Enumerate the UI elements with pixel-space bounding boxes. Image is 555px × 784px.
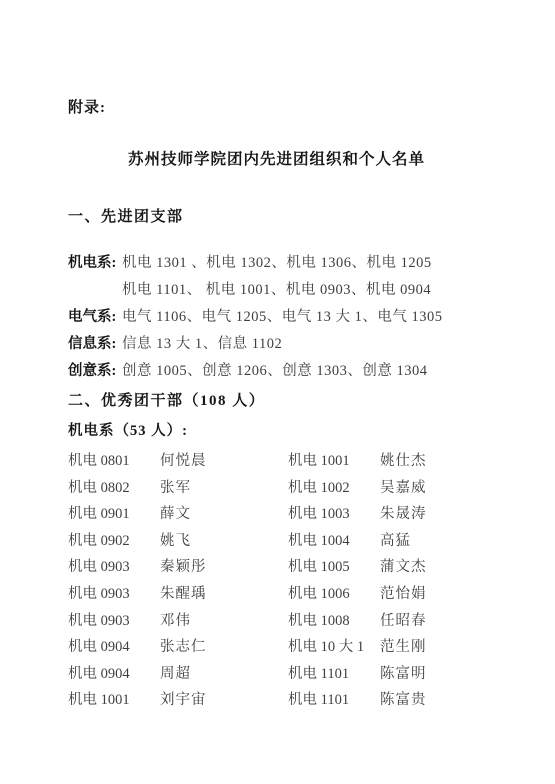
- roster-name: 高猛: [380, 528, 411, 555]
- class-list-line: 创意 1005、创意 1206、创意 1303、创意 1304: [122, 358, 428, 385]
- roster-class: 机电 1003: [288, 501, 380, 528]
- roster-row: 机电 0903 秦颖彤 机电 1005 蒲文杰: [68, 554, 485, 581]
- department-class-lines: 机电 1301 、机电 1302、机电 1306、机电 1205 机电 1101…: [122, 250, 432, 304]
- roster-name: 刘宇宙: [160, 687, 288, 714]
- roster-name: 周超: [160, 661, 288, 688]
- roster-name: 薛文: [160, 501, 288, 528]
- roster-name: 任昭春: [380, 608, 427, 635]
- roster-row: 机电 0902 姚飞 机电 1004 高猛: [68, 528, 485, 555]
- roster-class: 机电 1001: [288, 448, 380, 475]
- department-class-lines: 信息 13 大 1、信息 1102: [122, 331, 282, 358]
- document-title: 苏州技师学院团内先进团组织和个人名单: [68, 147, 485, 169]
- department-label: 创意系:: [68, 358, 122, 385]
- roster-row: 机电 0901 薛文 机电 1003 朱晟涛: [68, 501, 485, 528]
- roster-name: 蒲文杰: [380, 554, 427, 581]
- class-list-line: 机电 1301 、机电 1302、机电 1306、机电 1205: [122, 250, 432, 277]
- roster-row: 机电 0801 何悦晨 机电 1001 姚仕杰: [68, 448, 485, 475]
- section2-heading: 二、优秀团干部（108 人）: [68, 389, 485, 410]
- cadre-roster: 机电 0801 何悦晨 机电 1001 姚仕杰 机电 0802 张军 机电 10…: [68, 448, 485, 714]
- roster-name: 张志仁: [160, 634, 288, 661]
- roster-class: 机电 0904: [68, 661, 160, 688]
- roster-class: 机电 1008: [288, 608, 380, 635]
- roster-name: 朱晟涛: [380, 501, 427, 528]
- roster-row: 机电 1001 刘宇宙 机电 1101 陈富贵: [68, 687, 485, 714]
- roster-row: 机电 0904 张志仁 机电 10 大 1 范生刚: [68, 634, 485, 661]
- roster-name: 秦颖彤: [160, 554, 288, 581]
- roster-name: 吴嘉威: [380, 475, 427, 502]
- section1-department-list: 机电系: 机电 1301 、机电 1302、机电 1306、机电 1205 机电…: [68, 250, 485, 385]
- roster-class: 机电 1006: [288, 581, 380, 608]
- roster-class: 机电 1101: [288, 661, 380, 688]
- roster-row: 机电 0903 朱醒瑀 机电 1006 范怡娟: [68, 581, 485, 608]
- department-row-xinxi: 信息系: 信息 13 大 1、信息 1102: [68, 331, 485, 358]
- roster-class: 机电 0904: [68, 634, 160, 661]
- department-label: 信息系:: [68, 331, 122, 358]
- roster-class: 机电 1005: [288, 554, 380, 581]
- roster-class: 机电 0902: [68, 528, 160, 555]
- class-list-line: 机电 1101、 机电 1001、机电 0903、机电 0904: [122, 277, 432, 304]
- department-label: 电气系:: [68, 304, 122, 331]
- roster-name: 何悦晨: [160, 448, 288, 475]
- department-class-lines: 创意 1005、创意 1206、创意 1303、创意 1304: [122, 358, 428, 385]
- department-row-jidian: 机电系: 机电 1301 、机电 1302、机电 1306、机电 1205 机电…: [68, 250, 485, 304]
- class-list-line: 信息 13 大 1、信息 1102: [122, 331, 282, 358]
- roster-name: 张军: [160, 475, 288, 502]
- roster-class: 机电 0903: [68, 608, 160, 635]
- roster-name: 范怡娟: [380, 581, 427, 608]
- roster-class: 机电 0903: [68, 554, 160, 581]
- roster-class: 机电 1004: [288, 528, 380, 555]
- roster-name: 姚飞: [160, 528, 288, 555]
- roster-class: 机电 1002: [288, 475, 380, 502]
- roster-class: 机电 1001: [68, 687, 160, 714]
- roster-name: 朱醒瑀: [160, 581, 288, 608]
- roster-class: 机电 1101: [288, 687, 380, 714]
- roster-class: 机电 0802: [68, 475, 160, 502]
- class-list-line: 电气 1106、电气 1205、电气 13 大 1、电气 1305: [122, 304, 442, 331]
- roster-name: 陈富贵: [380, 687, 427, 714]
- section2-subheading: 机电系（53 人）:: [68, 419, 485, 440]
- department-row-chuangyi: 创意系: 创意 1005、创意 1206、创意 1303、创意 1304: [68, 358, 485, 385]
- department-row-dianqi: 电气系: 电气 1106、电气 1205、电气 13 大 1、电气 1305: [68, 304, 485, 331]
- roster-row: 机电 0802 张军 机电 1002 吴嘉威: [68, 475, 485, 502]
- roster-name: 陈富明: [380, 661, 427, 688]
- department-label: 机电系:: [68, 250, 122, 277]
- appendix-label: 附录:: [68, 96, 485, 117]
- roster-class: 机电 10 大 1: [288, 634, 380, 661]
- section1-heading: 一、先进团支部: [68, 205, 485, 226]
- roster-row: 机电 0903 邓伟 机电 1008 任昭春: [68, 608, 485, 635]
- document-page: 附录: 苏州技师学院团内先进团组织和个人名单 一、先进团支部 机电系: 机电 1…: [0, 0, 555, 784]
- roster-name: 邓伟: [160, 608, 288, 635]
- roster-class: 机电 0801: [68, 448, 160, 475]
- roster-row: 机电 0904 周超 机电 1101 陈富明: [68, 661, 485, 688]
- roster-class: 机电 0903: [68, 581, 160, 608]
- department-class-lines: 电气 1106、电气 1205、电气 13 大 1、电气 1305: [122, 304, 442, 331]
- roster-class: 机电 0901: [68, 501, 160, 528]
- roster-name: 范生刚: [380, 634, 427, 661]
- roster-name: 姚仕杰: [380, 448, 427, 475]
